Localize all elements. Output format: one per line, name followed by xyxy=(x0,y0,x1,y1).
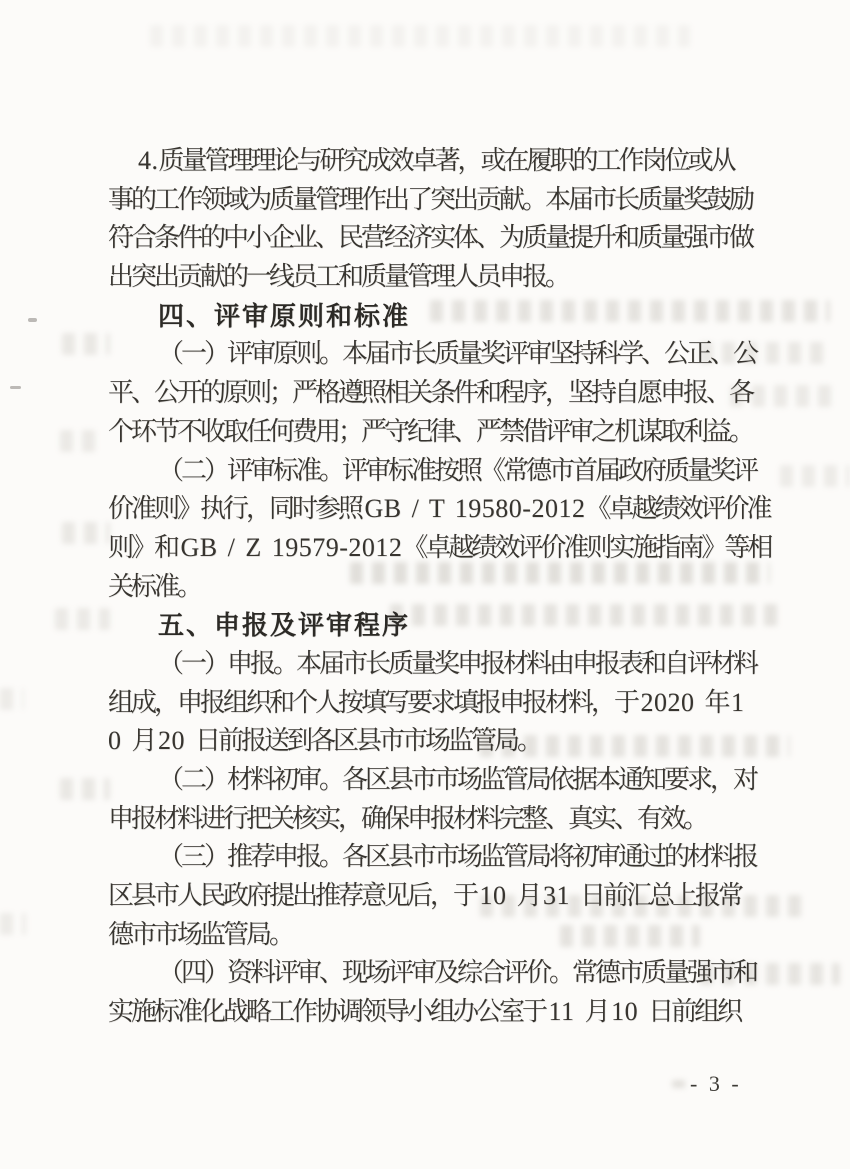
document-line: 关标准。 xyxy=(108,568,756,607)
document-line: 符合条件的中小企业、民营经济实体、为质量提升和质量强市做 xyxy=(108,219,756,258)
document-line: 价准则》执行，同时参照 GB / T 19580-2012《卓越绩效评价准 xyxy=(108,490,756,529)
section-heading: 五、申报及评审程序 xyxy=(108,606,756,645)
bleedthrough-artifact xyxy=(55,608,110,630)
document-line: （一）评审原则。本届市长质量奖评审坚持科学、公正、公 xyxy=(108,335,756,374)
document-line: 组成，申报组织和个人按填写要求填报申报材料，于 2020 年 1 xyxy=(108,684,756,723)
document-line: 个环节不收取任何费用；严守纪律、严禁借评审之机谋取利益。 xyxy=(108,413,756,452)
document-line: （三）推荐申报。各区县市市场监管局将初审通过的材料报 xyxy=(108,838,756,877)
document-line: （四）资料评审、现场评审及综合评价。常德市质量强市和 xyxy=(108,954,756,993)
document-line: 区县市人民政府提出推荐意见后，于 10 月 31 日前汇总上报常 xyxy=(108,877,756,916)
bleedthrough-artifact xyxy=(0,688,24,710)
document-line: 4.质量管理理论与研究成效卓著，或在履职的工作岗位或从 xyxy=(108,142,756,181)
bleedthrough-artifact xyxy=(60,778,110,800)
document-line: （一）申报。本届市长质量奖申报材料由申报表和自评材料 xyxy=(108,645,756,684)
document-line: 实施标准化战略工作协调领导小组办公室于 11 月 10 日前组织 xyxy=(108,993,756,1032)
document-line: （二）评审标准。评审标准按照《常德市首届政府质量奖评 xyxy=(108,452,756,491)
bleedthrough-artifact xyxy=(150,25,690,47)
document-line: （二）材料初审。各区县市市场监管局依据本通知要求，对 xyxy=(108,761,756,800)
section-heading: 四、评审原则和标准 xyxy=(108,297,756,336)
document-line: 德市市场监管局。 xyxy=(108,916,756,955)
document-line: 0 月 20 日前报送到各区县市市场监管局。 xyxy=(108,722,756,761)
bleedthrough-artifact xyxy=(672,1080,688,1088)
document-line: 则》和 GB / Z 19579-2012《卓越绩效评价准则实施指南》等相 xyxy=(108,529,756,568)
bleedthrough-artifact xyxy=(780,465,850,487)
bleedthrough-artifact xyxy=(62,522,110,544)
document-line: 事的工作领域为质量管理作出了突出贡献。本届市长质量奖鼓励 xyxy=(108,181,756,220)
scan-speck xyxy=(10,386,21,389)
bleedthrough-artifact xyxy=(60,430,104,452)
scanned-document-page: 4.质量管理理论与研究成效卓著，或在履职的工作岗位或从事的工作领域为质量管理作出… xyxy=(0,0,850,1169)
page-number: - 3 - xyxy=(690,1071,742,1097)
bleedthrough-artifact xyxy=(0,913,26,935)
bleedthrough-artifact xyxy=(62,333,110,355)
document-body: 4.质量管理理论与研究成效卓著，或在履职的工作岗位或从事的工作领域为质量管理作出… xyxy=(108,142,756,1032)
document-line: 平、公开的原则；严格遵照相关条件和程序，坚持自愿申报、各 xyxy=(108,374,756,413)
scan-speck xyxy=(28,318,37,322)
document-line: 出突出贡献的一线员工和质量管理人员申报。 xyxy=(108,258,756,297)
document-line: 申报材料进行把关核实，确保申报材料完整、真实、有效。 xyxy=(108,800,756,839)
